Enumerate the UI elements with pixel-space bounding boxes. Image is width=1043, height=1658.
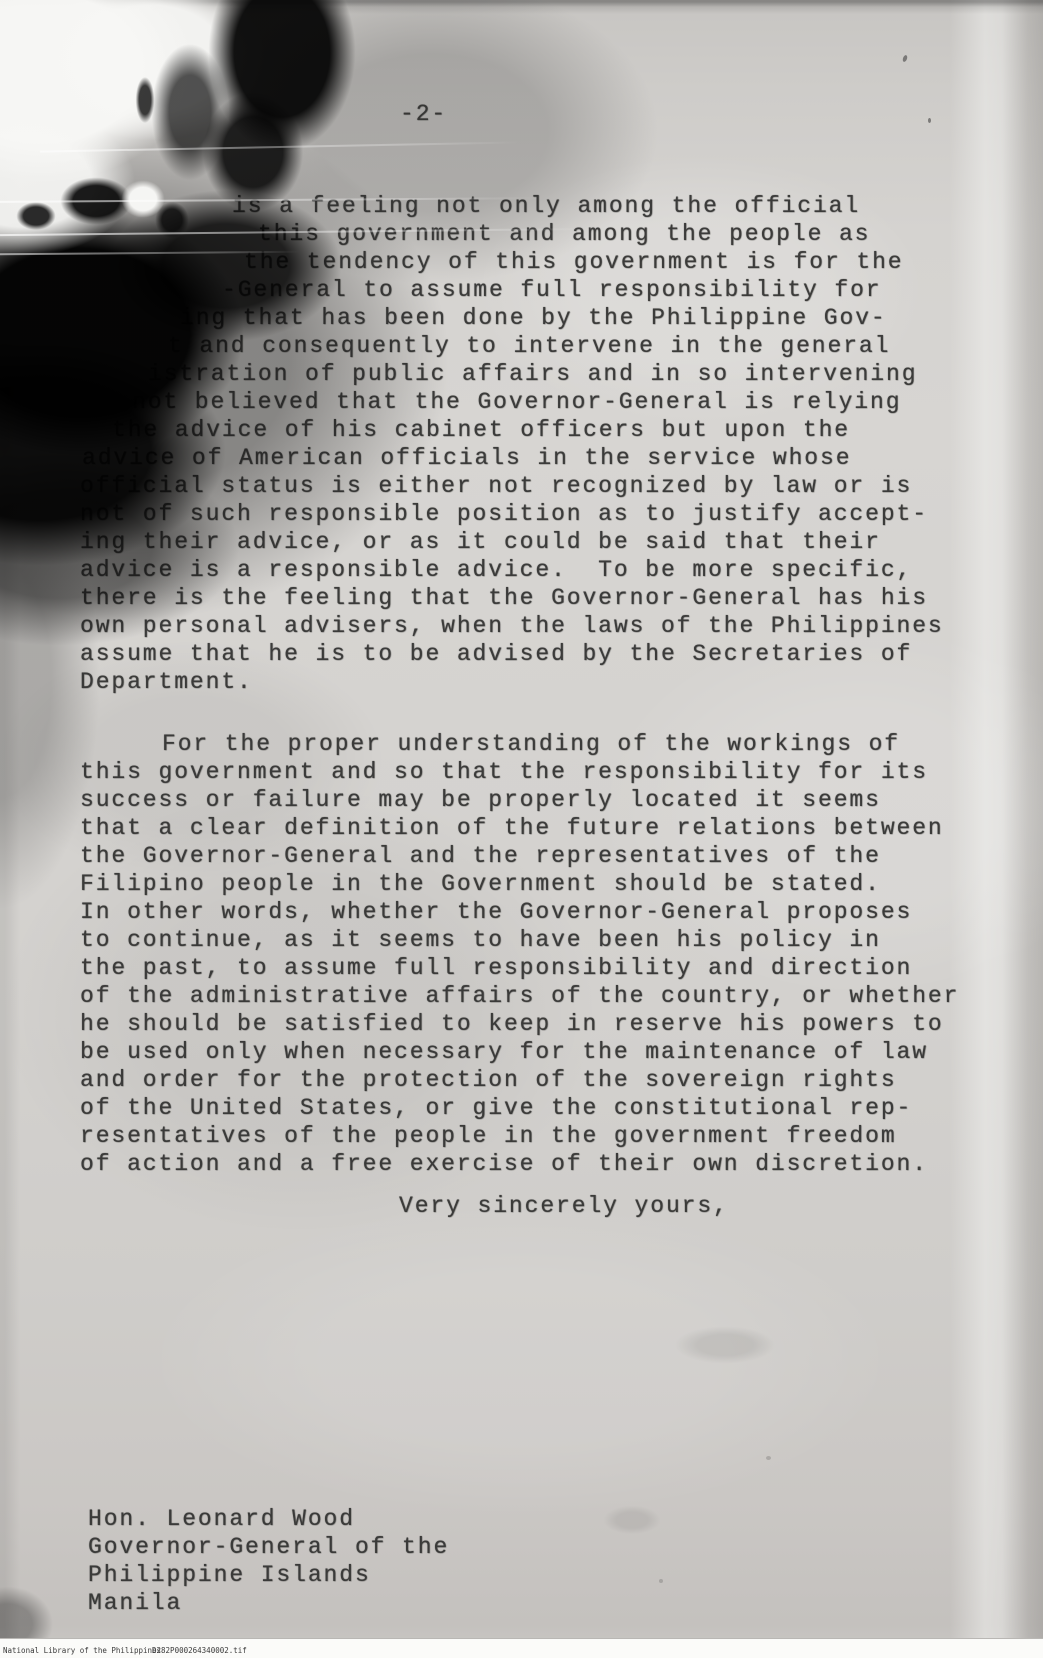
page-number: -2- [400, 100, 1043, 128]
typewritten-line: ing that has been done by the Philippine… [0, 304, 1043, 332]
typewritten-line: Philippine Islands [0, 1561, 1043, 1589]
signature-block: Hon. Leonard WoodGovernor-General of the… [0, 1505, 1043, 1617]
closing-text: Very sincerely yours, [0, 1192, 1043, 1220]
typewritten-line: to continue, as it seems to have been hi… [0, 926, 1043, 954]
paragraph-1: is a feeling not only among the official… [0, 192, 1043, 696]
typewritten-line: the past, to assume full responsibility … [0, 954, 1043, 982]
typewritten-line: Department. [0, 668, 1043, 696]
typewritten-line: and order for the protection of the sove… [0, 1066, 1043, 1094]
library-name: National Library of the Philippines [3, 1646, 161, 1655]
typewritten-line: advice is a responsible advice. To be mo… [0, 556, 1043, 584]
typewritten-line: not of such responsible position as to j… [0, 500, 1043, 528]
typewritten-line: Hon. Leonard Wood [0, 1505, 1043, 1533]
typewritten-line: of the United States, or give the consti… [0, 1094, 1043, 1122]
typewritten-line: istration of public affairs and in so in… [0, 360, 1043, 388]
typewritten-line: t and consequently to intervene in the g… [0, 332, 1043, 360]
typewritten-line: the tendency of this government is for t… [0, 248, 1043, 276]
typewritten-line: this government and among the people as [0, 220, 1043, 248]
typewritten-line: not believed that the Governor-General i… [0, 388, 1043, 416]
typewritten-line: this government and so that the responsi… [0, 758, 1043, 786]
typewritten-line: of action and a free exercise of their o… [0, 1150, 1043, 1178]
typewritten-line: official status is either not recognized… [0, 472, 1043, 500]
typewritten-line: -General to assume full responsibility f… [0, 276, 1043, 304]
typewritten-line: he should be satisfied to keep in reserv… [0, 1010, 1043, 1038]
typewritten-line: that a clear definition of the future re… [0, 814, 1043, 842]
typewritten-line: the Governor-General and the representat… [0, 842, 1043, 870]
page-number-text: -2- [400, 100, 1043, 128]
typewritten-line: of the administrative affairs of the cou… [0, 982, 1043, 1010]
typewritten-line: own personal advisers, when the laws of … [0, 612, 1043, 640]
typewritten-line: advice of American officials in the serv… [0, 444, 1043, 472]
typewritten-line: the advice of his cabinet officers but u… [0, 416, 1043, 444]
scan-footer-bar: National Library of the Philippines D282… [0, 1638, 1043, 1658]
typewritten-line: be used only when necessary for the main… [0, 1038, 1043, 1066]
paper-speck [766, 1456, 771, 1460]
typewritten-line: For the proper understanding of the work… [0, 730, 1043, 758]
paragraph-2: For the proper understanding of the work… [0, 730, 1043, 1178]
scan-filename: D282P000264340002.tif [152, 1646, 247, 1655]
typewritten-line: ing their advice, or as it could be said… [0, 528, 1043, 556]
scratch-line [40, 141, 520, 152]
closing-line: Very sincerely yours, [0, 1192, 1043, 1220]
typewritten-line: Filipino people in the Government should… [0, 870, 1043, 898]
paper-speck [902, 55, 908, 63]
typewritten-line: Governor-General of the [0, 1533, 1043, 1561]
typewritten-line: In other words, whether the Governor-Gen… [0, 898, 1043, 926]
typewritten-line: there is the feeling that the Governor-G… [0, 584, 1043, 612]
typewritten-line: assume that he is to be advised by the S… [0, 640, 1043, 668]
typewritten-line: is a feeling not only among the official [0, 192, 1043, 220]
typewritten-line: Manila [0, 1589, 1043, 1617]
scanned-letter-page: -2- is a feeling not only among the offi… [0, 0, 1043, 1658]
typewritten-line: success or failure may be properly locat… [0, 786, 1043, 814]
typewritten-line: resentatives of the people in the govern… [0, 1122, 1043, 1150]
